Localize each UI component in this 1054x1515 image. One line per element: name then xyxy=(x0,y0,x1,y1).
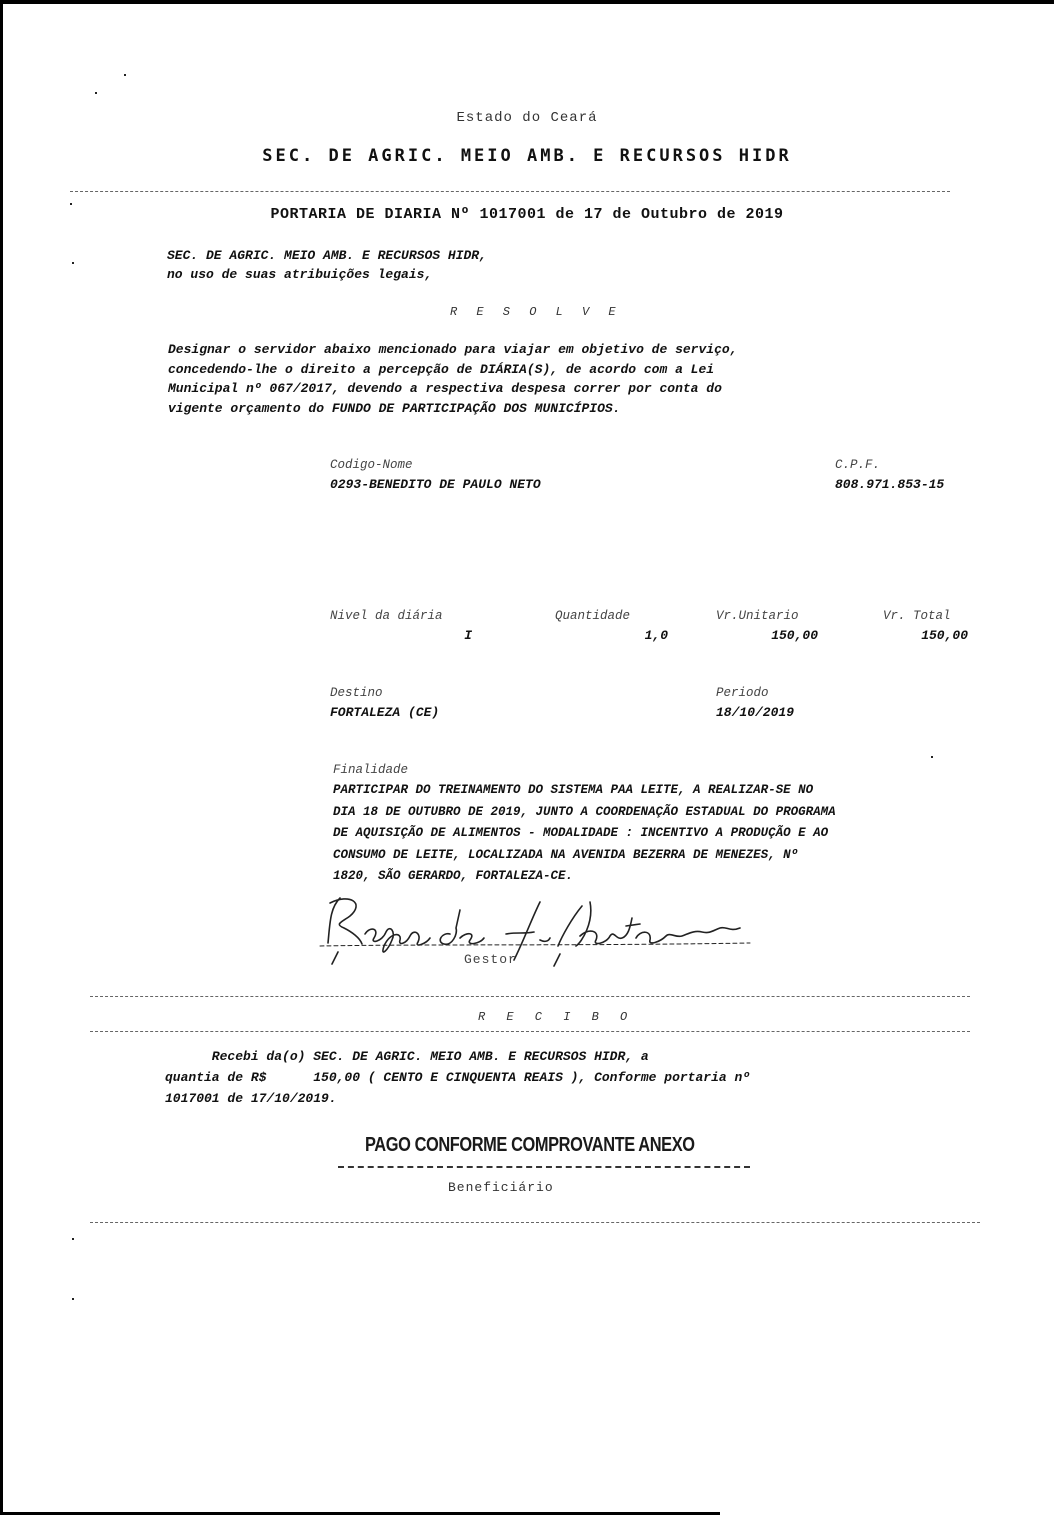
finalidade-line: DIA 18 DE OUTUBRO DE 2019, JUNTO A COORD… xyxy=(333,802,836,824)
scan-speck xyxy=(70,203,72,205)
intro-text: SEC. DE AGRIC. MEIO AMB. E RECURSOS HIDR… xyxy=(167,246,487,284)
recibo-divider-top xyxy=(90,996,970,997)
recibo-divider-bottom xyxy=(90,1031,970,1032)
header-divider xyxy=(70,191,950,192)
recibo-line: Recebi da(o) SEC. DE AGRIC. MEIO AMB. E … xyxy=(165,1046,750,1067)
code-name-value: 0293-BENEDITO DE PAULO NETO xyxy=(330,477,541,492)
payment-stamp: PAGO CONFORME COMPROVANTE ANEXO xyxy=(365,1134,695,1157)
scan-speck xyxy=(931,756,933,758)
finalidade-line: PARTICIPAR DO TREINAMENTO DO SISTEMA PAA… xyxy=(333,780,836,802)
code-name-label: Codigo-Nome xyxy=(330,458,413,472)
agency-name: SEC. DE AGRIC. MEIO AMB. E RECURSOS HIDR xyxy=(0,146,1054,166)
nivel-label: Nivel da diária xyxy=(330,609,443,623)
vr-total-value: 150,00 xyxy=(883,628,968,643)
paragraph-line: Designar o servidor abaixo mencionado pa… xyxy=(168,340,738,360)
finalidade-line: CONSUMO DE LEITE, LOCALIZADA NA AVENIDA … xyxy=(333,845,836,867)
recibo-line: 1017001 de 17/10/2019. xyxy=(165,1088,750,1109)
paragraph-line: concedendo-lhe o direito a percepção de … xyxy=(168,360,738,380)
paragraph-line: Municipal nº 067/2017, devendo a respect… xyxy=(168,379,738,399)
cpf-label: C.P.F. xyxy=(835,458,880,472)
quantidade-value: 1,0 xyxy=(555,628,668,643)
periodo-value: 18/10/2019 xyxy=(716,705,794,720)
finalidade-line: 1820, SÃO GERARDO, FORTALEZA-CE. xyxy=(333,866,836,888)
intro-line: no uso de suas atribuições legais, xyxy=(167,265,487,284)
handwritten-signature xyxy=(310,888,770,968)
footer-divider xyxy=(90,1222,980,1223)
destino-value: FORTALEZA (CE) xyxy=(330,705,439,720)
portaria-title: PORTARIA DE DIARIA Nº 1017001 de 17 de O… xyxy=(0,206,1054,223)
finalidade-line: DE AQUISIÇÃO DE ALIMENTOS - MODALIDADE :… xyxy=(333,823,836,845)
scan-speck xyxy=(95,92,97,94)
scan-speck xyxy=(72,262,74,264)
paragraph-line: vigente orçamento do FUNDO DE PARTICIPAÇ… xyxy=(168,399,738,419)
scan-speck xyxy=(72,1238,74,1240)
gestor-label: Gestor xyxy=(464,952,517,967)
scan-speck xyxy=(124,74,126,76)
beneficiario-label: Beneficiário xyxy=(448,1180,554,1195)
designation-paragraph: Designar o servidor abaixo mencionado pa… xyxy=(168,340,738,418)
recibo-heading: R E C I B O xyxy=(478,1010,634,1024)
quantidade-label: Quantidade xyxy=(555,609,630,623)
nivel-value: I xyxy=(330,628,472,643)
intro-line: SEC. DE AGRIC. MEIO AMB. E RECURSOS HIDR… xyxy=(167,246,487,265)
vr-unitario-value: 150,00 xyxy=(716,628,818,643)
recibo-text: Recebi da(o) SEC. DE AGRIC. MEIO AMB. E … xyxy=(165,1046,750,1109)
periodo-label: Periodo xyxy=(716,686,769,700)
destino-label: Destino xyxy=(330,686,383,700)
vr-total-label: Vr. Total xyxy=(883,609,951,623)
cpf-value: 808.971.853-15 xyxy=(835,477,944,492)
finalidade-text: PARTICIPAR DO TREINAMENTO DO SISTEMA PAA… xyxy=(333,780,836,888)
scan-edge-left xyxy=(0,0,3,1515)
vr-unitario-label: Vr.Unitario xyxy=(716,609,799,623)
beneficiary-signature-line xyxy=(338,1166,750,1168)
scan-speck xyxy=(72,1298,74,1300)
finalidade-label: Finalidade xyxy=(333,763,408,777)
recibo-line: quantia de R$ 150,00 ( CENTO E CINQUENTA… xyxy=(165,1067,750,1088)
scan-edge-top xyxy=(0,0,1054,4)
resolve-heading: R E S O L V E xyxy=(450,305,622,319)
state-name: Estado do Ceará xyxy=(0,110,1054,126)
